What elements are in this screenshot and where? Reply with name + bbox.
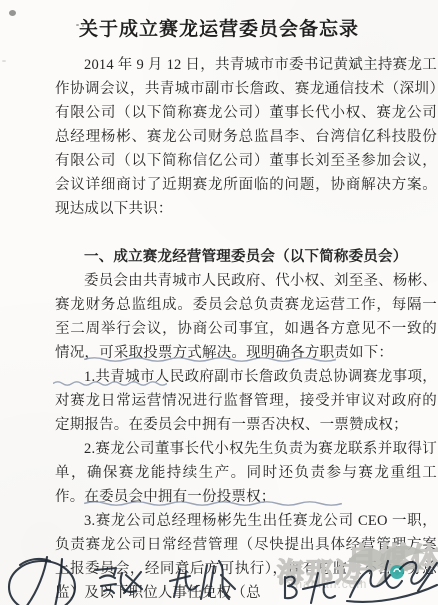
document-title: 关于成立赛龙运营委员会备忘录 [0, 14, 438, 41]
handwritten-signature-2 [96, 568, 142, 593]
scan-artifact [2, 60, 6, 62]
scanned-memo-page: 关于成立赛龙运营委员会备忘录 2014 年 9 月 12 日，共青城市市委书记黄… [0, 0, 438, 605]
clause-2: 2.赛龙公司董事长代小权先生负责为赛龙联系并取得订单，确保赛龙能持续生产。同时还… [55, 437, 437, 509]
handwritten-signature-4 [285, 573, 335, 603]
document-body: 2014 年 9 月 12 日，共青城市市委书记黄斌主持赛龙工作协调会议，共青城… [55, 53, 437, 605]
section-1-heading: 一、成立赛龙经营管理委员会（以下简称委员会） [55, 245, 437, 269]
paragraph-intro: 2014 年 9 月 12 日，共青城市市委书记黄斌主持赛龙工作协调会议，共青城… [55, 53, 437, 221]
section-1-body: 委员会由共青城市人民政府、代小权、刘至圣、杨彬、赛龙财务总监组成。委员会总负责赛… [55, 269, 437, 365]
clause-1: 1.共青城市人民政府副市长詹政负责总协调赛龙事项，对赛龙日常运营情况进行监督管理… [55, 365, 437, 437]
handwritten-signature-5 [347, 561, 437, 602]
handwritten-signature-1 [9, 557, 75, 605]
handwritten-signature-3 [170, 561, 235, 599]
signature-strip [0, 545, 438, 605]
